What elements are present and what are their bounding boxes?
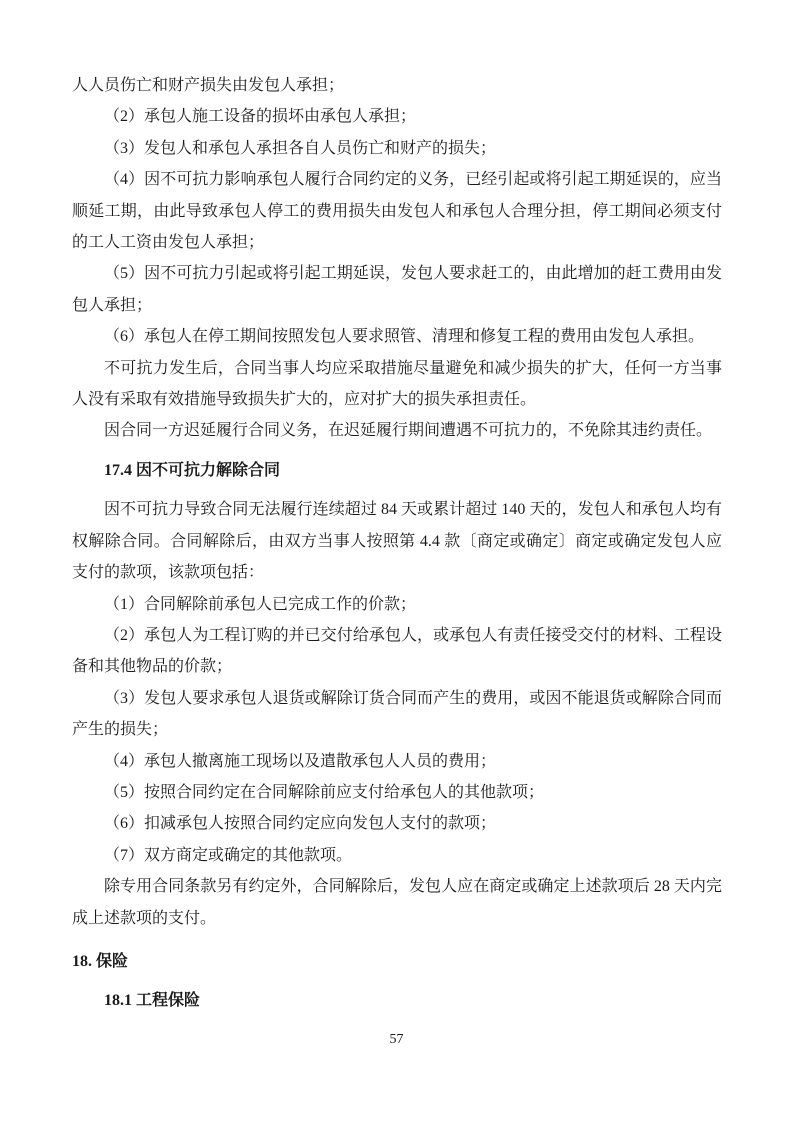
- paragraph: 因不可抗力导致合同无法履行连续超过 84 天或累计超过 140 天的，发包人和承…: [72, 494, 722, 588]
- paragraph: 不可抗力发生后，合同当事人均应采取措施尽量避免和减少损失的扩大，任何一方当事人没…: [72, 353, 722, 416]
- paragraph: （2）承包人为工程订购的并已交付给承包人，或承包人有责任接受交付的材料、工程设备…: [72, 620, 722, 683]
- paragraph: （4）承包人撤离施工现场以及遣散承包人人员的费用；: [72, 746, 722, 777]
- section-heading: 18. 保险: [72, 946, 722, 977]
- paragraph: （4）因不可抗力影响承包人履行合同约定的义务，已经引起或将引起工期延误的，应当顺…: [72, 164, 722, 258]
- document-content: 人人员伤亡和财产损失由发包人承担；（2）承包人施工设备的损坏由承包人承担；（3）…: [72, 70, 722, 1025]
- paragraph: （1）合同解除前承包人已完成工作的价款；: [72, 589, 722, 620]
- paragraph: （3）发包人要求承包人退货或解除订货合同而产生的费用，或因不能退货或解除合同而产…: [72, 683, 722, 746]
- document-page: 人人员伤亡和财产损失由发包人承担；（2）承包人施工设备的损坏由承包人承担；（3）…: [0, 0, 793, 1122]
- paragraph: 因合同一方迟延履行合同义务，在迟延履行期间遭遇不可抗力的，不免除其违约责任。: [72, 415, 722, 446]
- paragraph: （5）按照合同约定在合同解除前应支付给承包人的其他款项；: [72, 777, 722, 808]
- page-number: 57: [390, 1032, 404, 1047]
- paragraph: （6）承包人在停工期间按照发包人要求照管、清理和修复工程的费用由发包人承担。: [72, 321, 722, 352]
- paragraph: （7）双方商定或确定的其他款项。: [72, 840, 722, 871]
- paragraph: （6）扣减承包人按照合同约定应向发包人支付的款项；: [72, 808, 722, 839]
- paragraph: 除专用合同条款另有约定外，合同解除后，发包人应在商定或确定上述款项后 28 天内…: [72, 871, 722, 934]
- paragraph: （3）发包人和承包人承担各自人员伤亡和财产的损失；: [72, 133, 722, 164]
- paragraph: （2）承包人施工设备的损坏由承包人承担；: [72, 101, 722, 132]
- paragraph: （5）因不可抗力引起或将引起工期延误，发包人要求赶工的，由此增加的赶工费用由发包…: [72, 258, 722, 321]
- page-footer: 57: [0, 1030, 793, 1050]
- subsection-heading: 18.1 工程保险: [104, 985, 722, 1016]
- paragraph: 人人员伤亡和财产损失由发包人承担；: [72, 70, 722, 101]
- subsection-heading: 17.4 因不可抗力解除合同: [104, 455, 722, 486]
